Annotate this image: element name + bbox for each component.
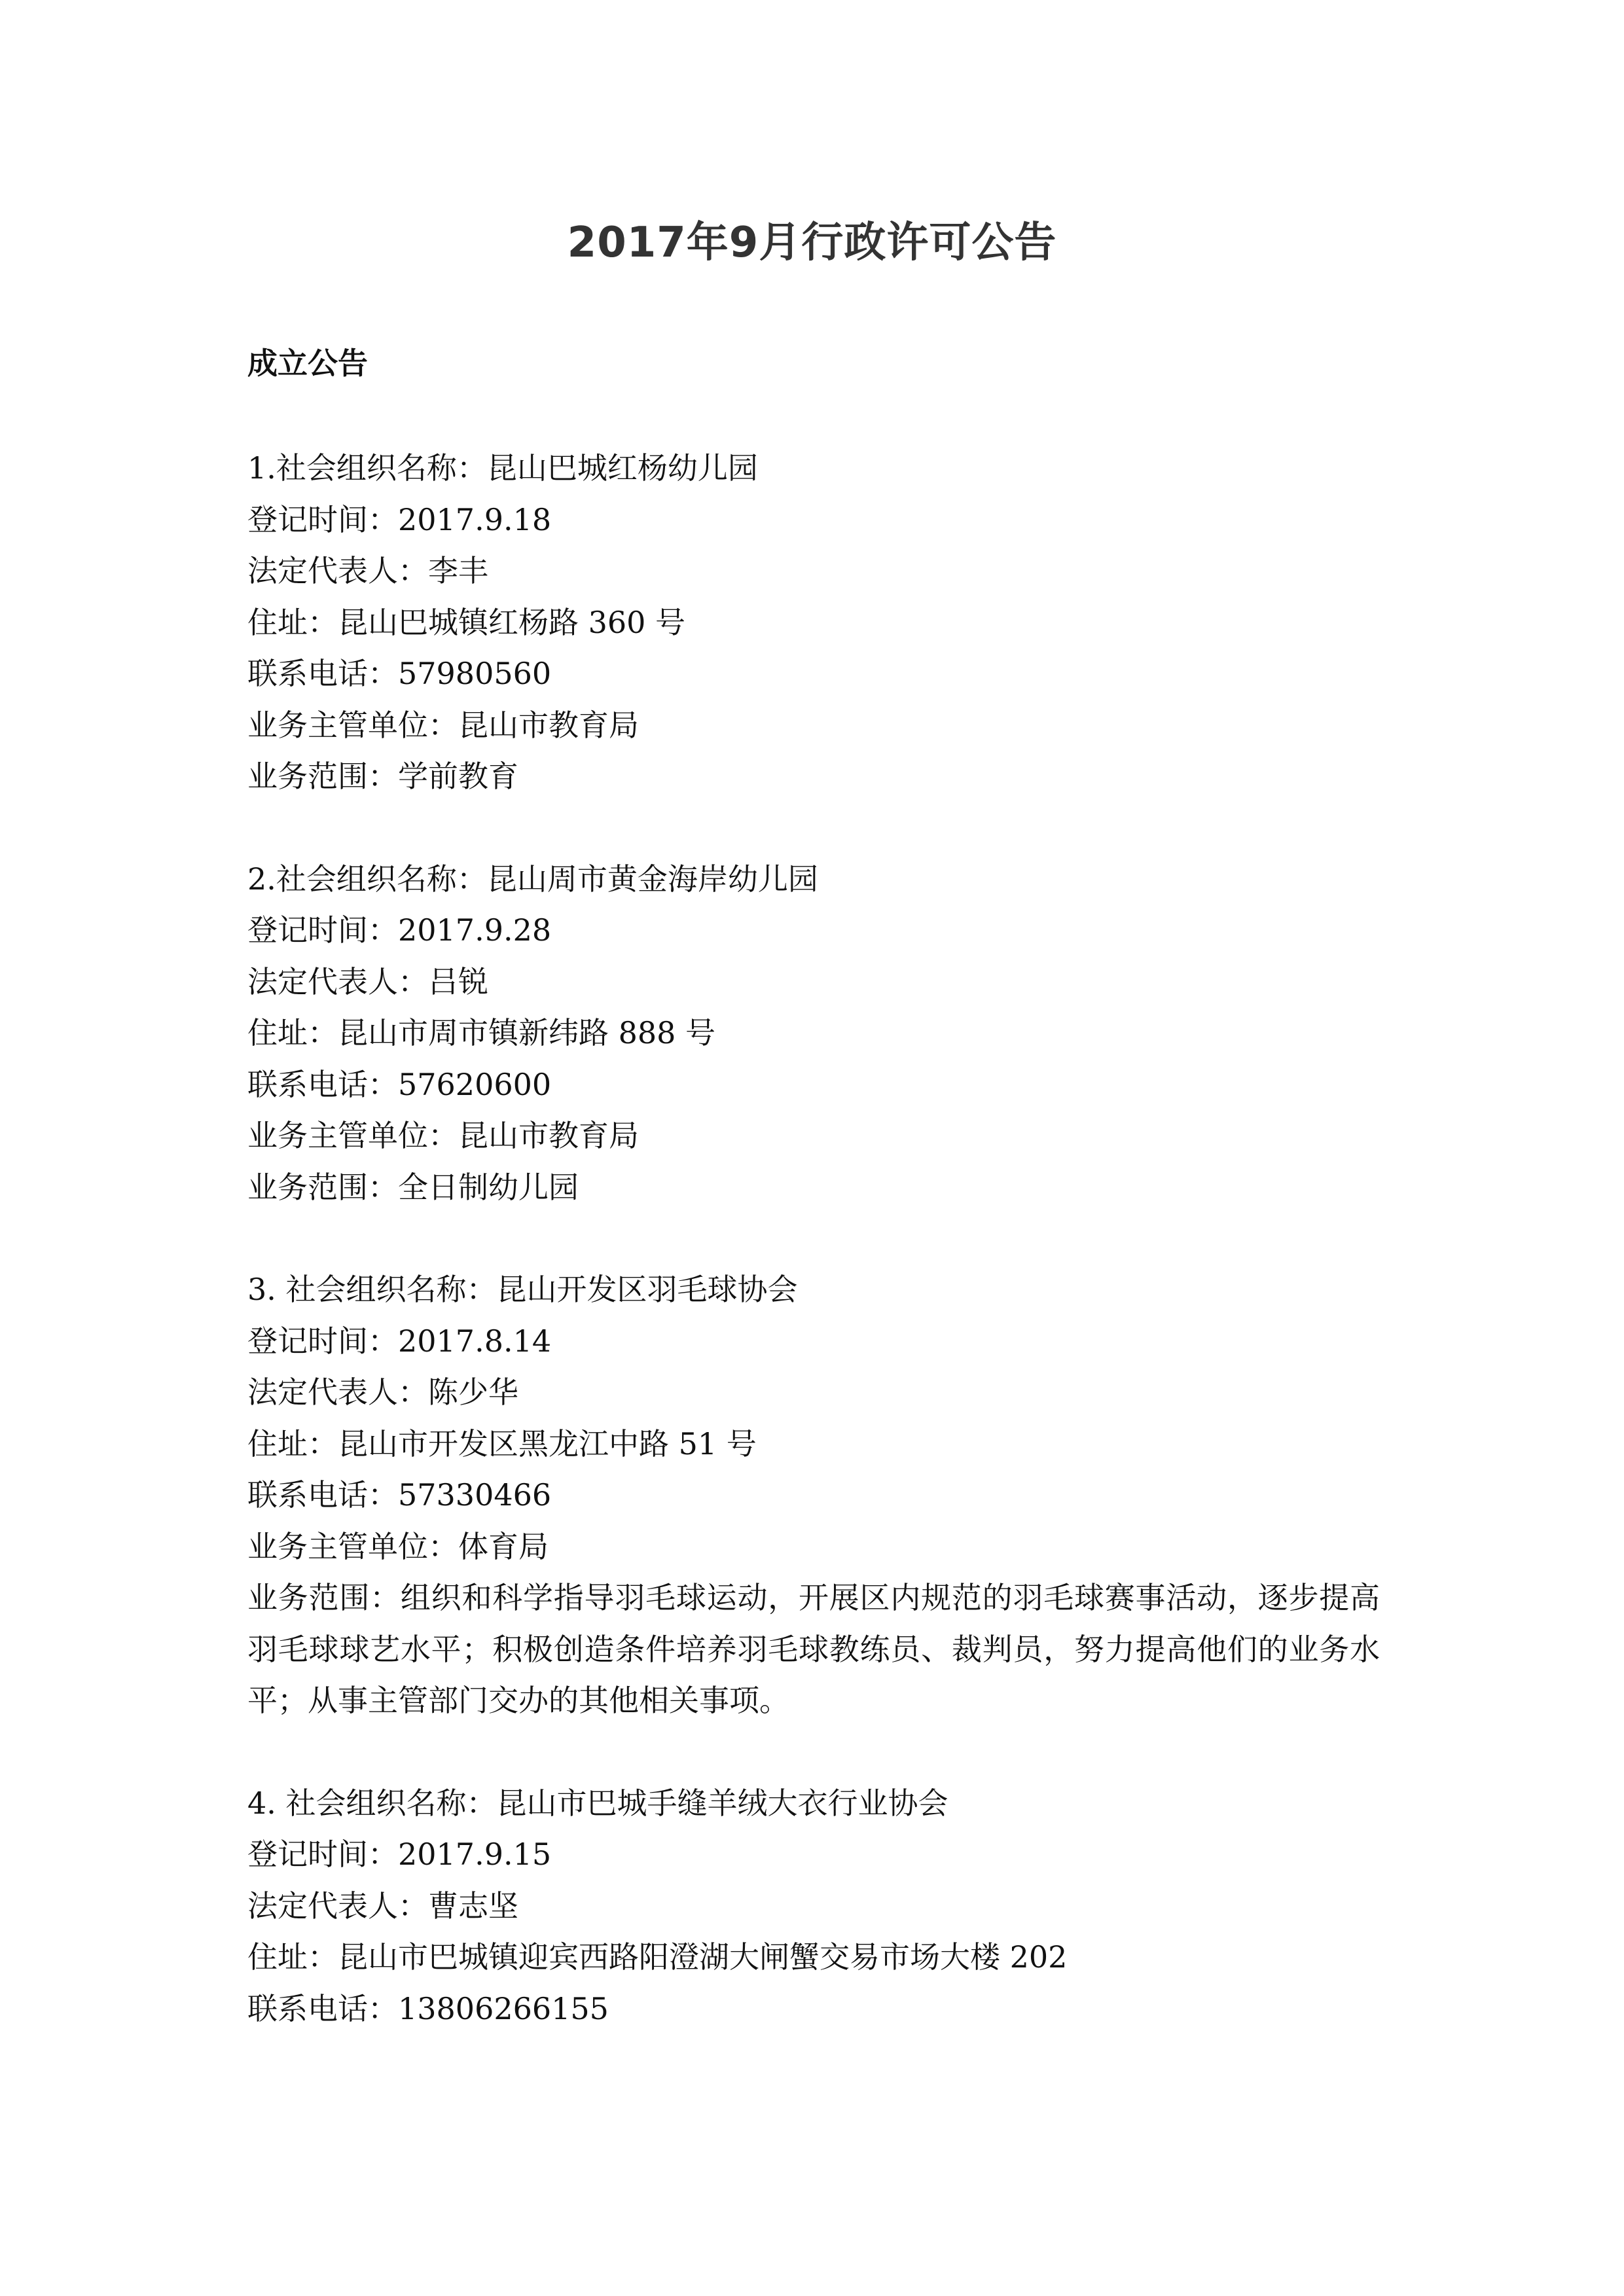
phone-label: 联系电话：	[247, 656, 398, 691]
registration-date-line: 登记时间：2017.9.15	[247, 1829, 1380, 1880]
org-name-line: 4. 社会组织名称：昆山市巴城手缝羊绒大衣行业协会	[247, 1778, 1380, 1829]
authority: 昆山市教育局	[458, 708, 639, 743]
phone-label: 联系电话：	[247, 1477, 398, 1513]
org-entry: 1.社会组织名称：昆山巴城红杨幼儿园 登记时间：2017.9.18 法定代表人：…	[247, 442, 1380, 802]
org-name: 昆山周市黄金海岸幼儿园	[487, 861, 818, 897]
registration-date-line: 登记时间：2017.9.18	[247, 494, 1380, 546]
org-name-line: 2.社会组织名称：昆山周市黄金海岸幼儿园	[247, 853, 1380, 905]
address-line: 住址：昆山市巴城镇迎宾西路阳澄湖大闸蟹交易市场大楼 202	[247, 1931, 1380, 1983]
org-name-label: 1.社会组织名称：	[247, 450, 487, 486]
phone-label: 联系电话：	[247, 1991, 398, 2026]
phone: 57620600	[398, 1067, 551, 1102]
legal-rep-label: 法定代表人：	[247, 1888, 428, 1924]
registration-date: 2017.9.15	[398, 1837, 551, 1872]
legal-rep-label: 法定代表人：	[247, 1374, 428, 1410]
registration-date: 2017.9.28	[398, 912, 551, 948]
org-name: 昆山市巴城手缝羊绒大衣行业协会	[497, 1785, 948, 1821]
scope-label: 业务范围：	[247, 759, 398, 794]
org-name-line: 1.社会组织名称：昆山巴城红杨幼儿园	[247, 442, 1380, 494]
legal-rep-label: 法定代表人：	[247, 553, 428, 588]
authority-label: 业务主管单位：	[247, 708, 458, 743]
scope-label: 业务范围：	[247, 1580, 401, 1615]
address: 昆山市开发区黑龙江中路 51 号	[338, 1426, 757, 1462]
org-name-line: 3. 社会组织名称：昆山开发区羽毛球协会	[247, 1264, 1380, 1316]
authority: 体育局	[458, 1529, 549, 1564]
authority-line: 业务主管单位：昆山市教育局	[247, 700, 1380, 751]
org-name-label: 3. 社会组织名称：	[247, 1272, 497, 1307]
authority-line: 业务主管单位：体育局	[247, 1521, 1380, 1573]
address: 昆山巴城镇红杨路 360 号	[338, 605, 685, 640]
authority-label: 业务主管单位：	[247, 1529, 458, 1564]
scope: 全日制幼儿园	[398, 1170, 579, 1205]
legal-rep-line: 法定代表人：吕锐	[247, 956, 1380, 1008]
authority: 昆山市教育局	[458, 1118, 639, 1153]
legal-rep-label: 法定代表人：	[247, 964, 428, 999]
phone-line: 联系电话：57330466	[247, 1469, 1380, 1521]
authority-line: 业务主管单位：昆山市教育局	[247, 1110, 1380, 1162]
legal-rep: 李丰	[428, 553, 488, 588]
address: 昆山市周市镇新纬路 888 号	[338, 1015, 715, 1050]
phone: 57330466	[398, 1477, 551, 1513]
scope-line: 业务范围：全日制幼儿园	[247, 1162, 1380, 1213]
registration-date-label: 登记时间：	[247, 502, 398, 537]
legal-rep: 曹志坚	[428, 1888, 518, 1924]
registration-date: 2017.9.18	[398, 502, 551, 537]
registration-date-label: 登记时间：	[247, 1323, 398, 1359]
phone-line: 联系电话：13806266155	[247, 1983, 1380, 2035]
section-heading: 成立公告	[247, 340, 368, 386]
registration-date-line: 登记时间：2017.8.14	[247, 1316, 1380, 1367]
org-entry: 4. 社会组织名称：昆山市巴城手缝羊绒大衣行业协会 登记时间：2017.9.15…	[247, 1778, 1380, 2035]
legal-rep-line: 法定代表人：曹志坚	[247, 1880, 1380, 1932]
legal-rep-line: 法定代表人：陈少华	[247, 1367, 1380, 1418]
address-line: 住址：昆山巴城镇红杨路 360 号	[247, 597, 1380, 649]
org-name: 昆山开发区羽毛球协会	[497, 1272, 798, 1307]
scope-line: 业务范围：学前教育	[247, 751, 1380, 802]
phone: 13806266155	[398, 1991, 609, 2026]
registration-date-line: 登记时间：2017.9.28	[247, 905, 1380, 956]
address-label: 住址：	[247, 605, 338, 640]
registration-date-label: 登记时间：	[247, 912, 398, 948]
document-title: 2017年9月行政许可公告	[0, 213, 1624, 272]
legal-rep: 吕锐	[428, 964, 488, 999]
entry-list: 1.社会组织名称：昆山巴城红杨幼儿园 登记时间：2017.9.18 法定代表人：…	[247, 442, 1380, 2085]
org-entry: 2.社会组织名称：昆山周市黄金海岸幼儿园 登记时间：2017.9.28 法定代表…	[247, 853, 1380, 1213]
address-label: 住址：	[247, 1939, 338, 1975]
address-label: 住址：	[247, 1015, 338, 1050]
org-name: 昆山巴城红杨幼儿园	[487, 450, 758, 486]
phone: 57980560	[398, 656, 551, 691]
legal-rep-line: 法定代表人：李丰	[247, 545, 1380, 597]
registration-date-label: 登记时间：	[247, 1837, 398, 1872]
address-line: 住址：昆山市开发区黑龙江中路 51 号	[247, 1418, 1380, 1470]
scope: 组织和科学指导羽毛球运动，开展区内规范的羽毛球赛事活动，逐步提高羽毛球球艺水平；…	[247, 1580, 1380, 1718]
org-name-label: 4. 社会组织名称：	[247, 1785, 497, 1821]
legal-rep: 陈少华	[428, 1374, 518, 1410]
authority-label: 业务主管单位：	[247, 1118, 458, 1153]
address-label: 住址：	[247, 1426, 338, 1462]
phone-line: 联系电话：57980560	[247, 648, 1380, 700]
scope-line: 业务范围：组织和科学指导羽毛球运动，开展区内规范的羽毛球赛事活动，逐步提高羽毛球…	[247, 1572, 1380, 1727]
org-name-label: 2.社会组织名称：	[247, 861, 487, 897]
address-line: 住址：昆山市周市镇新纬路 888 号	[247, 1007, 1380, 1059]
address: 昆山市巴城镇迎宾西路阳澄湖大闸蟹交易市场大楼 202	[338, 1939, 1067, 1975]
registration-date: 2017.8.14	[398, 1323, 551, 1359]
phone-line: 联系电话：57620600	[247, 1059, 1380, 1111]
phone-label: 联系电话：	[247, 1067, 398, 1102]
org-entry: 3. 社会组织名称：昆山开发区羽毛球协会 登记时间：2017.8.14 法定代表…	[247, 1264, 1380, 1727]
scope: 学前教育	[398, 759, 518, 794]
scope-label: 业务范围：	[247, 1170, 398, 1205]
